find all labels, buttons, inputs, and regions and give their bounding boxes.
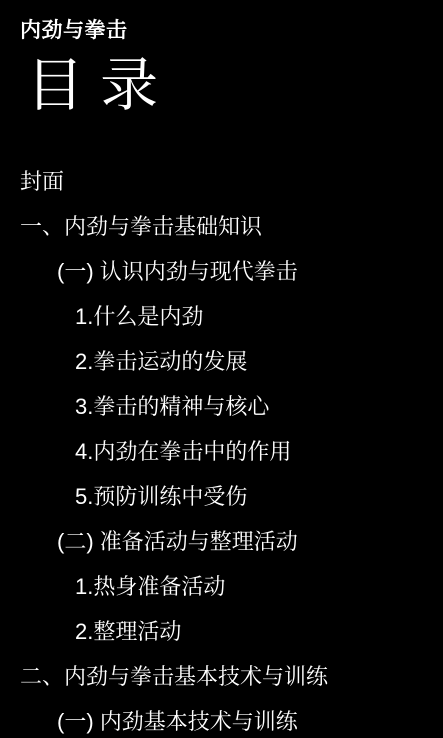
page-title: 目 录: [26, 55, 435, 117]
toc-item[interactable]: 5.预防训练中受伤: [20, 474, 435, 519]
toc-item[interactable]: 1.热身准备活动: [20, 564, 435, 609]
toc-item[interactable]: 4.内劲在拳击中的作用: [20, 429, 435, 474]
toc-item[interactable]: 3.拳击的精神与核心: [20, 384, 435, 429]
toc-item[interactable]: 2.整理活动: [20, 609, 435, 654]
toc-item[interactable]: 1.什么是内劲: [20, 294, 435, 339]
toc-item[interactable]: 封面: [20, 159, 435, 204]
toc-item[interactable]: 2.拳击运动的发展: [20, 339, 435, 384]
toc-item[interactable]: 一、内劲与拳击基础知识: [20, 204, 435, 249]
book-title: 内劲与拳击: [20, 20, 435, 42]
toc-item[interactable]: (一) 认识内劲与现代拳击: [20, 249, 435, 294]
toc-item[interactable]: (二) 准备活动与整理活动: [20, 519, 435, 564]
toc-item[interactable]: 二、内劲与拳击基本技术与训练: [20, 654, 435, 699]
toc-item[interactable]: (一) 内劲基本技术与训练: [20, 699, 435, 738]
toc-page: 内劲与拳击 目 录 封面 一、内劲与拳击基础知识 (一) 认识内劲与现代拳击 1…: [0, 0, 443, 738]
toc-list: 封面 一、内劲与拳击基础知识 (一) 认识内劲与现代拳击 1.什么是内劲 2.拳…: [20, 159, 435, 738]
